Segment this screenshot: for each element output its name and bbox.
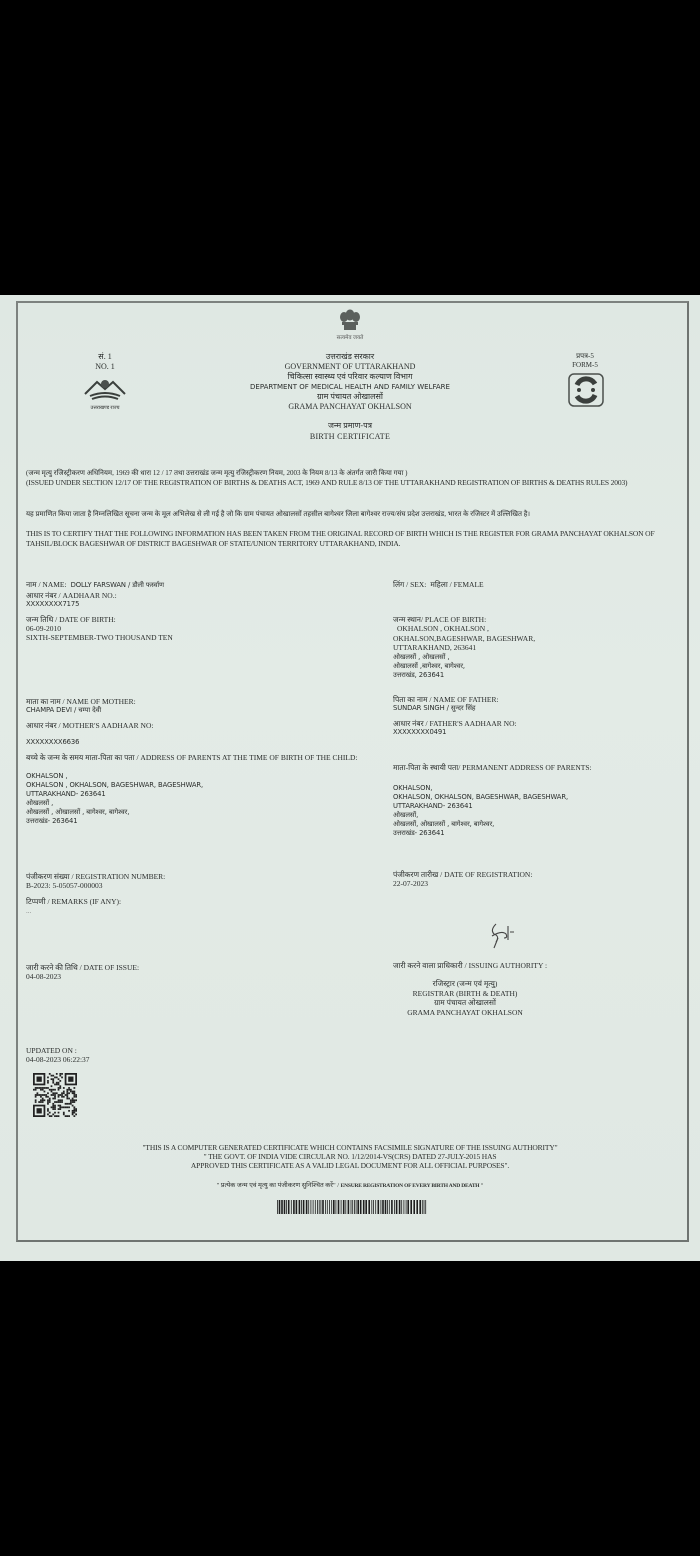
father-aadhaar-value: XXXXXXXX0491 <box>393 728 446 737</box>
remarks-value: ... <box>26 907 31 916</box>
remarks-label: टिप्पणी / REMARKS (IF ANY): <box>26 897 366 907</box>
aadhaar-value: XXXXXXXX7175 <box>26 600 79 609</box>
registration-date-label: पंजीकरण तारीख / DATE OF REGISTRATION: <box>393 870 673 880</box>
department-en: DEPARTMENT OF MEDICAL HEALTH AND FAMILY … <box>200 382 500 392</box>
address-at-birth-value: OKHALSON , OKHALSON , OKHALSON, BAGESHWA… <box>26 772 203 826</box>
issuing-authority-value: रजिस्ट्रार (जन्म एवं मृत्यु) REGISTRAR (… <box>380 979 550 1017</box>
name-label: नाम / NAME: <box>26 580 67 589</box>
issue-date-label: जारी करने की तिथि / DATE OF ISSUE: <box>26 963 366 973</box>
mother-name-value: CHAMPA DEVI / चम्पा देवी <box>26 706 101 715</box>
signature-icon <box>482 920 522 952</box>
mother-aadhaar-value: XXXXXXXX6636 <box>26 738 79 747</box>
emblem-motto: सत्यमेव जयते <box>300 335 400 342</box>
serial-number-en: NO. 1 <box>80 362 130 372</box>
issued-under-hi: (जन्म मृत्यु रजिस्ट्रीकरण अधिनियम, 1969 … <box>26 469 676 478</box>
father-name-value: SUNDAR SINGH / सुन्दर सिंह <box>393 704 475 713</box>
circular-note-line-2: APPROVED THIS CERTIFICATE AS A VALID LEG… <box>60 1161 640 1171</box>
permanent-address-value: OKHALSON, OKHALSON, OKHALSON, BAGESHWAR,… <box>393 784 568 838</box>
qr-code-icon <box>33 1073 77 1117</box>
registration-date-value: 22-07-2023 <box>393 879 428 889</box>
form-number-en: FORM-5 <box>560 361 610 370</box>
sex-field: लिंग / SEX: महिला / FEMALE <box>393 574 673 592</box>
issuing-authority-label: जारी करने वाला प्राधिकारी / ISSUING AUTH… <box>393 961 683 971</box>
dob-label: जन्म तिथि / DATE OF BIRTH: <box>26 615 366 625</box>
sex-label: लिंग / SEX: <box>393 580 426 589</box>
ensure-registration-slogan: " प्रत्येक जन्म एवं मृत्यु का पंजीकरण सु… <box>60 1181 640 1191</box>
issue-date-value: 04-08-2023 <box>26 972 61 982</box>
panchayat-hi: ग्राम पंचायत ओखालसों <box>200 392 500 402</box>
mother-aadhaar-label: आधार नंबर / MOTHER'S AADHAAR NO: <box>26 721 366 731</box>
government-en: GOVERNMENT OF UTTARAKHAND <box>200 362 500 372</box>
title-en: BIRTH CERTIFICATE <box>200 432 500 442</box>
updated-on-value: 04-08-2023 06:22:37 <box>26 1055 90 1065</box>
address-at-birth-label: बच्चे के जन्म के समय माता-पिता का पता / … <box>26 753 378 763</box>
state-logo-caption: उत्तराखण्ड राज्य <box>75 406 135 412</box>
panchayat-en: GRAMA PANCHAYAT OKHALSON <box>200 402 500 412</box>
certificate-paper: सत्यमेव जयते सं. 1 NO. 1 उत्तराखण्ड राज्… <box>0 295 700 1261</box>
issued-under-en: (ISSUED UNDER SECTION 12/17 OF THE REGIS… <box>26 478 676 488</box>
certify-statement-hi: यह प्रमाणित किया जाता है निम्नलिखित सूचन… <box>26 510 676 519</box>
dob-words: SIXTH-SEPTEMBER-TWO THOUSAND TEN <box>26 633 173 643</box>
department-hi: चिकित्सा स्वास्थ्य एवं परिवार कल्याण विभ… <box>200 372 500 382</box>
permanent-address-label: माता-पिता के स्थायी पता/ PERMANENT ADDRE… <box>393 763 683 773</box>
place-of-birth-value: OKHALSON , OKHALSON , OKHALSON,BAGESHWAR… <box>393 624 673 680</box>
crs-logo-icon <box>568 373 604 407</box>
government-hi: उत्तराखंड सरकार <box>200 352 500 362</box>
title-hi: जन्म प्रमाण-पत्र <box>200 421 500 431</box>
certify-statement-en: THIS IS TO CERTIFY THAT THE FOLLOWING IN… <box>26 529 676 548</box>
serial-number-hi: सं. 1 <box>80 352 130 362</box>
registration-number-value: B-2023: 5-05057-000003 <box>26 881 102 891</box>
form-number-hi: प्रपत्र-5 <box>560 352 610 361</box>
name-value: DOLLY FARSWAN / डौली फर्स्वाण <box>71 581 164 589</box>
name-field: नाम / NAME: DOLLY FARSWAN / डौली फर्स्वा… <box>26 574 366 592</box>
uttarakhand-logo-icon <box>82 375 128 405</box>
sex-value: महिला / FEMALE <box>430 580 483 589</box>
barcode-icon <box>277 1200 427 1214</box>
national-emblem-icon <box>333 309 367 335</box>
